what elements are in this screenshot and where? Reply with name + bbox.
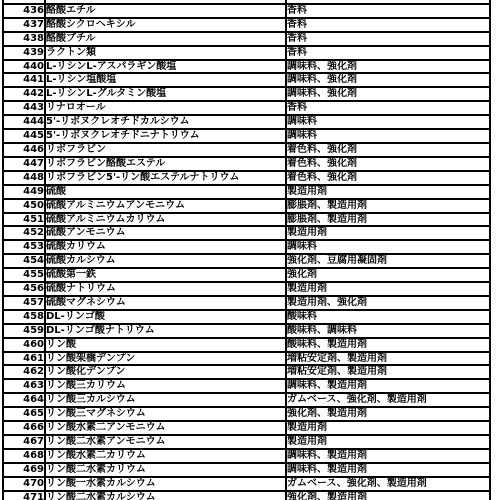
cell-additive-category: 酸味料、調味料: [286, 324, 490, 338]
cell-additive-name: 硫酸ナトリウム: [45, 282, 286, 296]
table-row: 453 硫酸カリウム 調味料: [3, 240, 490, 254]
cell-additive-category: 調味料: [286, 240, 490, 254]
cell-additive-name: L-リシンL-グルタミン酸塩: [45, 87, 286, 101]
cell-additive-number: 457: [3, 296, 45, 310]
cell-additive-number: 452: [3, 226, 45, 240]
cell-additive-name: 硫酸第一鉄: [45, 268, 286, 282]
cell-additive-number: 439: [3, 46, 45, 60]
cell-additive-name: リン酸三カルシウム: [45, 393, 286, 407]
table-row: 451 硫酸アルミニウムカリウム 膨脹剤、製造用剤: [3, 213, 490, 227]
cell-additive-number: 466: [3, 421, 45, 435]
table-row: 468 リン酸水素二カリウム 調味料、製造用剤: [3, 449, 490, 463]
cell-additive-category: 膨脹剤、製造用剤: [286, 199, 490, 213]
cell-additive-category: 調味料、製造用剤: [286, 449, 490, 463]
cell-additive-number: 471: [3, 491, 45, 500]
table-row: 441 L-リシン塩酸塩 調味料、強化剤: [3, 73, 490, 87]
cell-additive-name: リン酸二水素アンモニウム: [45, 435, 286, 449]
cell-additive-category: 香料: [286, 46, 490, 60]
table-row: 449 硫酸 製造用剤: [3, 185, 490, 199]
cell-additive-number: 436: [3, 4, 45, 18]
table-row: 445 5'-リボヌクレオチドニナトリウム 調味料: [3, 129, 490, 143]
table-row: 456 硫酸ナトリウム 製造用剤: [3, 282, 490, 296]
cell-additive-name: リナロオール: [45, 101, 286, 115]
cell-additive-number: 470: [3, 477, 45, 491]
table-row: 444 5'-リボヌクレオチドカルシウム 調味料: [3, 115, 490, 129]
cell-additive-number: 456: [3, 282, 45, 296]
cell-additive-category: 着色料、強化剤: [286, 171, 490, 185]
cell-additive-number: 437: [3, 18, 45, 32]
cell-additive-name: 硫酸アルミニウムアンモニウム: [45, 199, 286, 213]
cell-additive-number: 460: [3, 338, 45, 352]
cell-additive-number: 446: [3, 143, 45, 157]
table-row: 437 酪酸シクロヘキシル 香料: [3, 18, 490, 32]
cell-additive-name: DL-リンゴ酸ナトリウム: [45, 324, 286, 338]
table-row: 452 硫酸アンモニウム 製造用剤: [3, 226, 490, 240]
cell-additive-name: 硫酸: [45, 185, 286, 199]
cell-additive-name: リン酸三マグネシウム: [45, 407, 286, 421]
cell-additive-number: 464: [3, 393, 45, 407]
table-row: 461 リン酸架橋デンプン 増粘安定剤、製造用剤: [3, 352, 490, 366]
cell-additive-name: リン酸二水素カルシウム: [45, 491, 286, 500]
cell-additive-number: 461: [3, 352, 45, 366]
cell-additive-category: 強化剤、製造用剤: [286, 491, 490, 500]
cell-additive-name: 硫酸アンモニウム: [45, 226, 286, 240]
cell-additive-name: 硫酸カルシウム: [45, 254, 286, 268]
cell-additive-name: 硫酸カリウム: [45, 240, 286, 254]
cell-additive-name: L-リシン塩酸塩: [45, 73, 286, 87]
cell-additive-number: 438: [3, 32, 45, 46]
cell-additive-category: 強化剤、製造用剤: [286, 407, 490, 421]
cell-additive-name: 酪酸エチル: [45, 4, 286, 18]
cell-additive-name: 硫酸アルミニウムカリウム: [45, 213, 286, 227]
table-row: 448 リボフラビン5'-リン酸エステルナトリウム 着色料、強化剤: [3, 171, 490, 185]
cell-additive-category: 香料: [286, 101, 490, 115]
cell-additive-name: リン酸: [45, 338, 286, 352]
additives-table-body: 435 酪酸イソアミル 香料 436 酪酸エチル 香料 437 酪酸シクロヘキシ…: [3, 0, 490, 500]
table-row: 469 リン酸二水素カリウム 調味料、製造用剤: [3, 463, 490, 477]
table-row: 465 リン酸三マグネシウム 強化剤、製造用剤: [3, 407, 490, 421]
cell-additive-category: 増粘安定剤、製造用剤: [286, 365, 490, 379]
table-row: 443 リナロオール 香料: [3, 101, 490, 115]
cell-additive-category: ガムベース、強化剤、製造用剤: [286, 477, 490, 491]
cell-additive-name: リボフラビン酪酸エステル: [45, 157, 286, 171]
table-row: 471 リン酸二水素カルシウム 強化剤、製造用剤: [3, 491, 490, 500]
table-row: 460 リン酸 酸味料、製造用剤: [3, 338, 490, 352]
table-row: 447 リボフラビン酪酸エステル 着色料、強化剤: [3, 157, 490, 171]
cell-additive-category: 製造用剤: [286, 185, 490, 199]
cell-additive-number: 468: [3, 449, 45, 463]
table-row: 466 リン酸水素二アンモニウム 製造用剤: [3, 421, 490, 435]
cell-additive-number: 450: [3, 199, 45, 213]
cell-additive-category: 調味料、強化剤: [286, 73, 490, 87]
table-row: 450 硫酸アルミニウムアンモニウム 膨脹剤、製造用剤: [3, 199, 490, 213]
cell-additive-name: リボフラビン5'-リン酸エステルナトリウム: [45, 171, 286, 185]
cell-additive-name: 酪酸ブチル: [45, 32, 286, 46]
cell-additive-name: リン酸水素二アンモニウム: [45, 421, 286, 435]
cell-additive-name: リン酸化デンプン: [45, 365, 286, 379]
cell-additive-name: ラクトン類: [45, 46, 286, 60]
additives-table: 435 酪酸イソアミル 香料 436 酪酸エチル 香料 437 酪酸シクロヘキシ…: [2, 0, 491, 500]
cell-additive-number: 447: [3, 157, 45, 171]
cell-additive-number: 440: [3, 60, 45, 74]
cell-additive-category: 香料: [286, 4, 490, 18]
cell-additive-name: リン酸架橋デンプン: [45, 352, 286, 366]
cell-additive-name: リン酸二水素カリウム: [45, 463, 286, 477]
table-row: 467 リン酸二水素アンモニウム 製造用剤: [3, 435, 490, 449]
cell-additive-name: L-リシンL-アスパラギン酸塩: [45, 60, 286, 74]
table-row: 442 L-リシンL-グルタミン酸塩 調味料、強化剤: [3, 87, 490, 101]
cell-additive-number: 448: [3, 171, 45, 185]
cell-additive-number: 443: [3, 101, 45, 115]
cell-additive-category: 調味料: [286, 115, 490, 129]
cell-additive-category: 香料: [286, 18, 490, 32]
cell-additive-category: 香料: [286, 32, 490, 46]
cell-additive-category: 着色料、強化剤: [286, 157, 490, 171]
cell-additive-category: 製造用剤、強化剤: [286, 296, 490, 310]
cell-additive-category: 調味料: [286, 129, 490, 143]
cell-additive-category: ガムベース、強化剤、製造用剤: [286, 393, 490, 407]
table-row: 458 DL-リンゴ酸 酸味料: [3, 310, 490, 324]
cell-additive-number: 453: [3, 240, 45, 254]
cell-additive-number: 441: [3, 73, 45, 87]
cell-additive-name: DL-リンゴ酸: [45, 310, 286, 324]
table-row: 463 リン酸三カリウム 調味料、製造用剤: [3, 379, 490, 393]
table-row: 439 ラクトン類 香料: [3, 46, 490, 60]
table-row: 440 L-リシンL-アスパラギン酸塩 調味料、強化剤: [3, 60, 490, 74]
cell-additive-number: 451: [3, 213, 45, 227]
cell-additive-name: リン酸一水素カルシウム: [45, 477, 286, 491]
table-row: 446 リボフラビン 着色料、強化剤: [3, 143, 490, 157]
table-row: 457 硫酸マグネシウム 製造用剤、強化剤: [3, 296, 490, 310]
cell-additive-number: 459: [3, 324, 45, 338]
cell-additive-category: 増粘安定剤、製造用剤: [286, 352, 490, 366]
cell-additive-name: リン酸三カリウム: [45, 379, 286, 393]
table-row: 464 リン酸三カルシウム ガムベース、強化剤、製造用剤: [3, 393, 490, 407]
cell-additive-number: 463: [3, 379, 45, 393]
cell-additive-category: 強化剤: [286, 268, 490, 282]
cell-additive-number: 458: [3, 310, 45, 324]
cell-additive-category: 調味料、強化剤: [286, 60, 490, 74]
cell-additive-category: 着色料、強化剤: [286, 143, 490, 157]
cell-additive-category: 調味料、強化剤: [286, 87, 490, 101]
table-row: 455 硫酸第一鉄 強化剤: [3, 268, 490, 282]
cell-additive-name: リン酸水素二カリウム: [45, 449, 286, 463]
cell-additive-number: 462: [3, 365, 45, 379]
table-row: 470 リン酸一水素カルシウム ガムベース、強化剤、製造用剤: [3, 477, 490, 491]
cell-additive-number: 469: [3, 463, 45, 477]
cell-additive-name: 酪酸シクロヘキシル: [45, 18, 286, 32]
cell-additive-category: 膨脹剤、製造用剤: [286, 213, 490, 227]
cell-additive-category: 製造用剤: [286, 282, 490, 296]
cell-additive-number: 444: [3, 115, 45, 129]
cell-additive-category: 酸味料: [286, 310, 490, 324]
cell-additive-category: 製造用剤: [286, 421, 490, 435]
cell-additive-number: 445: [3, 129, 45, 143]
table-row: 462 リン酸化デンプン 増粘安定剤、製造用剤: [3, 365, 490, 379]
cell-additive-name: 5'-リボヌクレオチドカルシウム: [45, 115, 286, 129]
cell-additive-number: 465: [3, 407, 45, 421]
cell-additive-number: 454: [3, 254, 45, 268]
cell-additive-name: 硫酸マグネシウム: [45, 296, 286, 310]
table-row: 454 硫酸カルシウム 強化剤、豆腐用凝固剤: [3, 254, 490, 268]
document-page: 435 酪酸イソアミル 香料 436 酪酸エチル 香料 437 酪酸シクロヘキシ…: [0, 0, 500, 500]
table-row: 459 DL-リンゴ酸ナトリウム 酸味料、調味料: [3, 324, 490, 338]
cell-additive-name: リボフラビン: [45, 143, 286, 157]
cell-additive-category: 調味料、製造用剤: [286, 379, 490, 393]
cell-additive-category: 製造用剤: [286, 435, 490, 449]
cell-additive-number: 467: [3, 435, 45, 449]
cell-additive-number: 449: [3, 185, 45, 199]
cell-additive-name: 5'-リボヌクレオチドニナトリウム: [45, 129, 286, 143]
cell-additive-category: 製造用剤: [286, 226, 490, 240]
table-row: 438 酪酸ブチル 香料: [3, 32, 490, 46]
cell-additive-number: 442: [3, 87, 45, 101]
cell-additive-category: 酸味料、製造用剤: [286, 338, 490, 352]
table-row: 436 酪酸エチル 香料: [3, 4, 490, 18]
cell-additive-category: 強化剤、豆腐用凝固剤: [286, 254, 490, 268]
cell-additive-number: 455: [3, 268, 45, 282]
cell-additive-category: 調味料、製造用剤: [286, 463, 490, 477]
